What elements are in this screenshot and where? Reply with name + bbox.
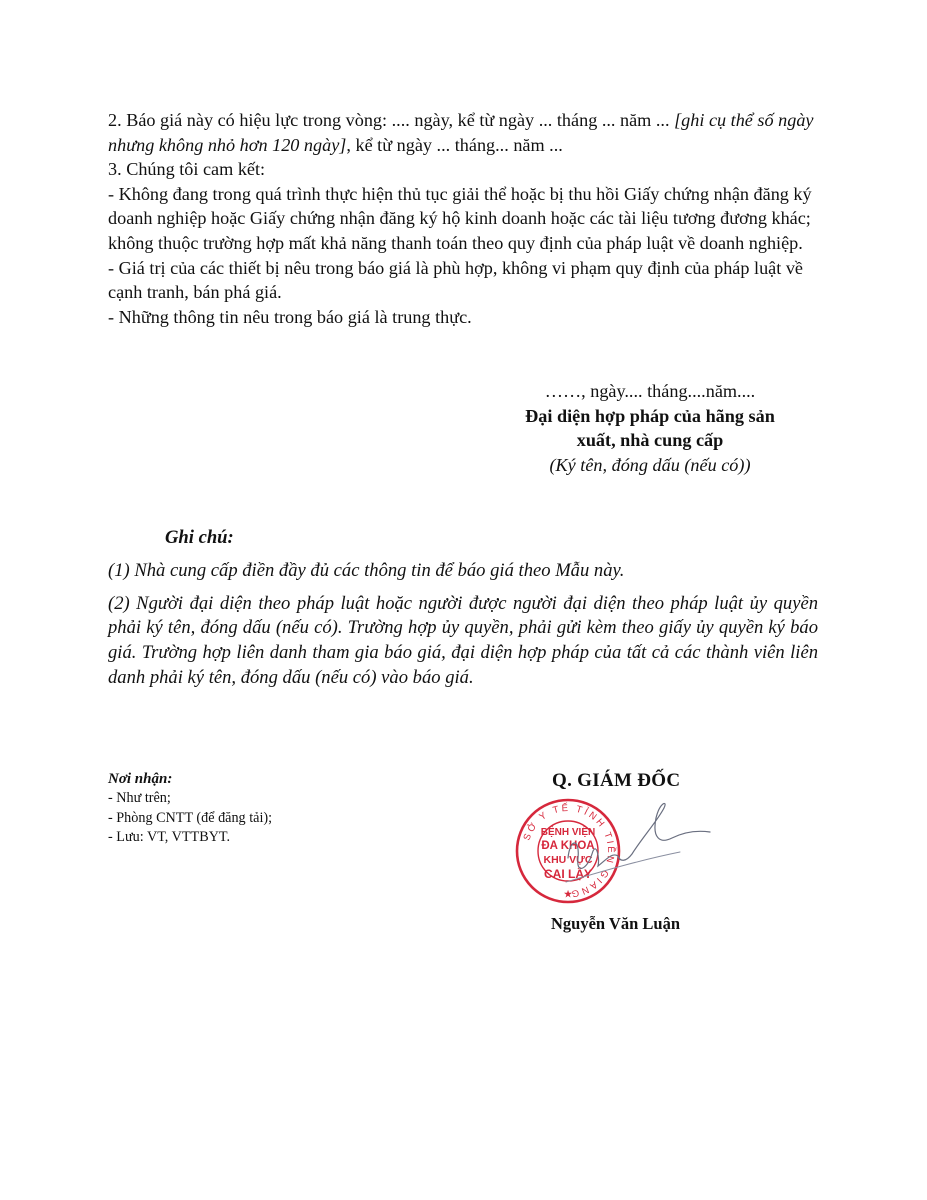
clause-2-text: 2. Báo giá này có hiệu lực trong vòng: .…	[108, 110, 674, 130]
clause-2-suffix: , kể từ ngày ... tháng... năm ...	[346, 135, 562, 155]
recipient-item: - Như trên;	[108, 789, 272, 808]
handwritten-signature-icon	[560, 798, 720, 898]
approver-title: Q. GIÁM ĐỐC	[552, 770, 680, 792]
recipients-title: Nơi nhận:	[108, 770, 272, 789]
recipient-item: - Phòng CNTT (để đăng tải);	[108, 809, 272, 828]
note-item: (1) Nhà cung cấp điền đầy đủ các thông t…	[108, 559, 818, 584]
notes-section: Ghi chú: (1) Nhà cung cấp điền đầy đủ cá…	[108, 526, 818, 691]
commitment-item: - Không đang trong quá trình thực hiện t…	[108, 182, 820, 256]
commitment-item: - Giá trị của các thiết bị nêu trong báo…	[108, 256, 820, 305]
clause-2: 2. Báo giá này có hiệu lực trong vòng: .…	[108, 108, 820, 157]
clause-3-heading: 3. Chúng tôi cam kết:	[108, 157, 820, 182]
approver-name: Nguyễn Văn Luận	[551, 914, 680, 934]
supplier-signature-block: ……, ngày.... tháng....năm.... Đại diện h…	[480, 379, 820, 477]
quotation-terms: 2. Báo giá này có hiệu lực trong vòng: .…	[108, 108, 820, 329]
signature-instruction: (Ký tên, đóng dấu (nếu có))	[480, 453, 820, 478]
commitment-item: - Những thông tin nêu trong báo giá là t…	[108, 305, 820, 330]
note-item: (2) Người đại diện theo pháp luật hoặc n…	[108, 592, 818, 691]
signer-title-line-2: xuất, nhà cung cấp	[480, 428, 820, 453]
recipient-item: - Lưu: VT, VTTBYT.	[108, 828, 272, 847]
recipients-section: Nơi nhận: - Như trên; - Phòng CNTT (để đ…	[108, 770, 272, 847]
document-page: 2. Báo giá này có hiệu lực trong vòng: .…	[0, 0, 927, 1200]
signer-title-line-1: Đại diện hợp pháp của hãng sản	[480, 404, 820, 429]
date-line: ……, ngày.... tháng....năm....	[480, 379, 820, 404]
notes-title: Ghi chú:	[165, 526, 818, 551]
